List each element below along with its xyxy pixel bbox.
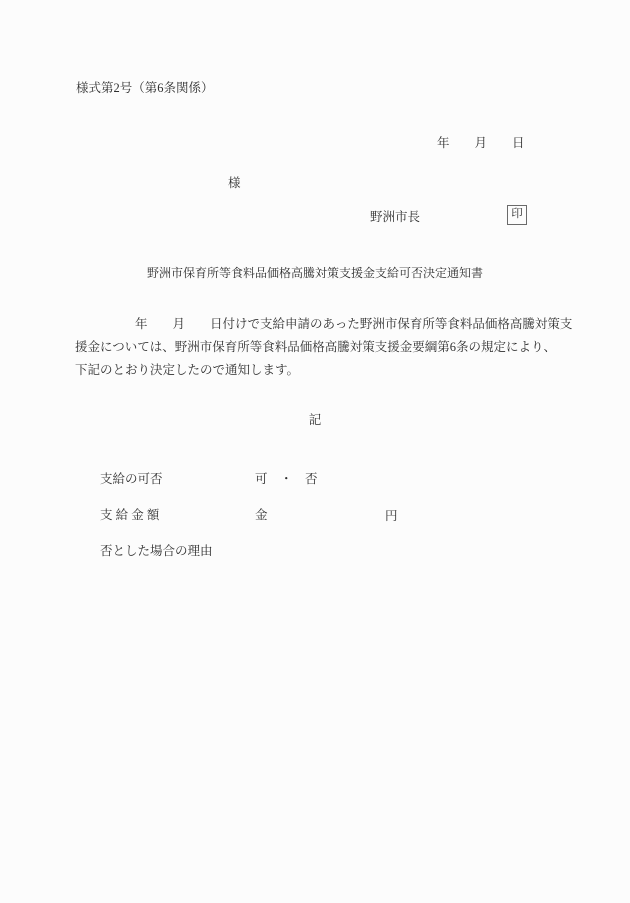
body-paragraph-line-3: 下記のとおり決定したので通知します。 <box>75 363 299 377</box>
document-title: 野洲市保育所等食料品価格高騰対策支援金支給可否決定通知書 <box>0 267 630 281</box>
seal-character: 印 <box>511 208 523 221</box>
approval-field-label: 支給の可否 <box>100 472 163 486</box>
approval-field-options: 可 ・ 否 <box>255 472 318 486</box>
sender-name: 野洲市長 <box>370 210 420 224</box>
document-page: 様式第2号（第6条関係） 年 月 日 様 野洲市長 印 野洲市保育所等食料品価格… <box>0 0 630 903</box>
seal-placeholder-box: 印 <box>507 205 527 225</box>
amount-currency-prefix: 金 <box>255 508 268 522</box>
denial-reason-field-label: 否とした場合の理由 <box>100 544 213 558</box>
body-paragraph-line-2: 援金については、野洲市保育所等食料品価格高騰対策支援金要綱第6条の規定により、 <box>75 340 556 354</box>
recipient-honorific: 様 <box>228 176 241 190</box>
record-marker: 記 <box>0 413 630 427</box>
amount-currency-suffix: 円 <box>385 509 398 523</box>
amount-field-label: 支 給 金 額 <box>100 508 159 522</box>
date-line: 年 月 日 <box>437 136 525 150</box>
body-paragraph-line-1: 年 月 日付けで支給申請のあった野洲市保育所等食料品価格高騰対策支 <box>135 317 572 331</box>
form-number: 様式第2号（第6条関係） <box>76 81 214 95</box>
